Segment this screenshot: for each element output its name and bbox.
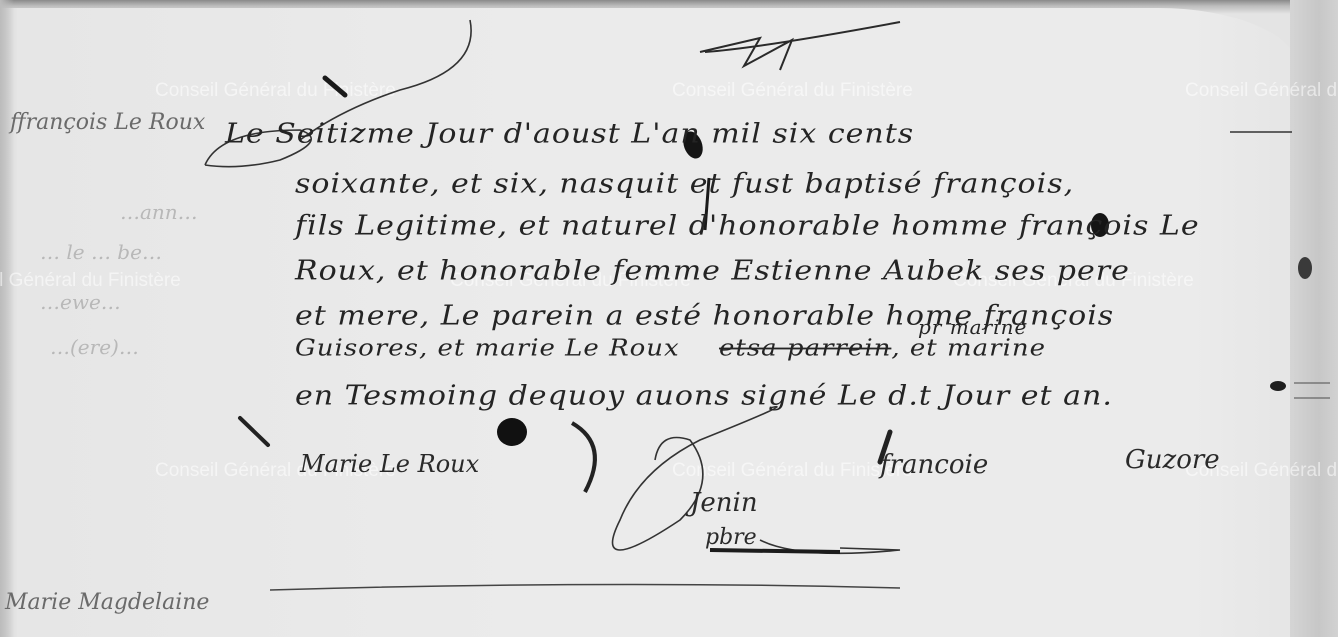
entry-line-7: en Tesmoing dequoy auons signé Le d.t Jo… [295, 380, 1113, 412]
signature-guisores: Guzore [1125, 445, 1220, 475]
entry-line-6-text: Guisores, et marie Le Roux [295, 335, 680, 362]
struck-out-text: etsa parrein [719, 335, 891, 362]
bleed-through-text: …ann… [120, 200, 198, 224]
margin-note-name: ffrançois Le Roux [10, 110, 205, 135]
signature-priest: Jenin [690, 488, 758, 518]
signature-francois: francoie [880, 450, 988, 480]
bleed-through-text: … le … be… [40, 240, 162, 264]
entry-line-6: Guisores, et marie Le Roux etsa parrein,… [295, 335, 1046, 362]
scanned-page-image: Conseil Général du Finistère Conseil Gén… [0, 0, 1338, 637]
page-edge-shadow [1290, 0, 1338, 637]
bleed-through-text: …ewe… [40, 290, 121, 314]
entry-line-2: soixante, et six, nasquit et fust baptis… [295, 168, 1074, 200]
entry-line-6-tail: , et marine [891, 335, 1046, 362]
bleed-through-text: …(ere)… [50, 335, 139, 359]
margin-note-bottom-name: Marie Magdelaine [5, 590, 209, 615]
entry-line-4: Roux, et honorable femme Estienne Aubek … [295, 255, 1130, 287]
signature-priest-title: pbre [705, 525, 757, 550]
entry-line-3: fils Legitime, et naturel d'honorable ho… [295, 210, 1200, 242]
signature-marie-le-roux: Marie Le Roux [300, 450, 479, 478]
interlinear-insert: pr marine [918, 315, 1027, 339]
binding-shadow [0, 0, 14, 637]
entry-line-1: Le Seitizme Jour d'aoust L'an mil six ce… [225, 118, 914, 150]
